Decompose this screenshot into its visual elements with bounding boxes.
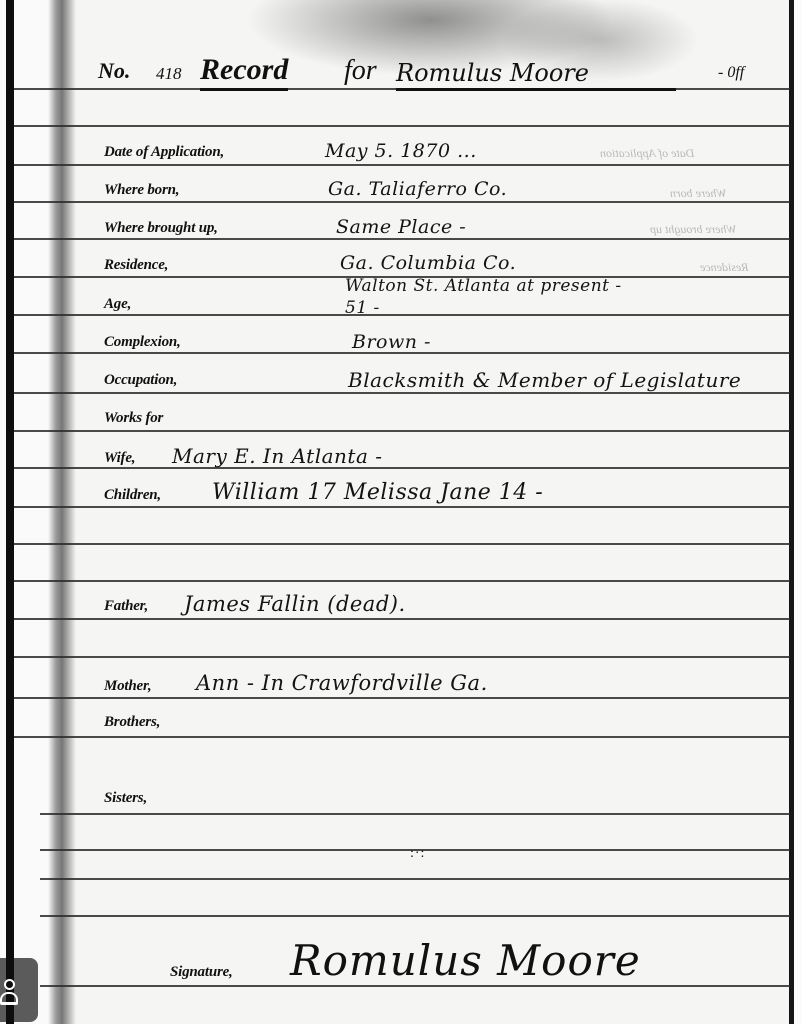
bleedthrough-text: Where born xyxy=(670,186,727,201)
record-number: 418 xyxy=(156,64,182,84)
rule-line xyxy=(14,736,790,738)
label-wife: Wife, xyxy=(104,450,135,467)
signature: Romulus Moore xyxy=(290,936,641,985)
rule-line xyxy=(14,580,790,582)
label-signature: Signature, xyxy=(170,964,233,981)
rule-line xyxy=(14,656,790,658)
rule-line xyxy=(40,915,790,917)
label-occupation: Occupation, xyxy=(104,372,177,389)
ink-marks: :·: xyxy=(410,846,425,862)
rule-line xyxy=(14,125,790,127)
value-occupation: Blacksmith & Member of Legislature xyxy=(348,368,741,392)
person-profile-button[interactable] xyxy=(0,958,38,1022)
label-where-born: Where born, xyxy=(104,182,179,199)
person-icon-body xyxy=(0,992,18,1005)
rule-line xyxy=(14,697,790,699)
value-complexion: Brown - xyxy=(352,331,431,353)
rule-line xyxy=(14,314,790,316)
label-brothers: Brothers, xyxy=(104,714,160,731)
rule-line xyxy=(14,164,790,166)
label-date-of-application: Date of Application, xyxy=(104,144,224,161)
value-residence: Ga. Columbia Co. xyxy=(340,252,516,274)
right-margin xyxy=(794,0,802,1024)
rule-line xyxy=(14,467,790,469)
bleedthrough-text: Residence xyxy=(700,260,749,275)
value-date-of-application: May 5. 1870 ... xyxy=(325,140,477,162)
rule-line xyxy=(40,813,790,815)
label-residence: Residence, xyxy=(104,257,168,274)
label-sisters: Sisters, xyxy=(104,790,147,807)
value-wife: Mary E. In Atlanta - xyxy=(172,444,382,468)
rule-line xyxy=(40,985,790,987)
rule-line xyxy=(40,878,790,880)
value-children: William 17 Melissa Jane 14 - xyxy=(212,480,543,505)
left-page-border xyxy=(6,958,14,1022)
rule-line xyxy=(14,543,790,545)
label-works-for: Works for xyxy=(104,410,163,427)
label-children: Children, xyxy=(104,487,161,504)
rule-line xyxy=(14,238,790,240)
rule-line xyxy=(14,201,790,203)
label-age: Age, xyxy=(104,296,131,313)
rule-line xyxy=(14,430,790,432)
value-where-born: Ga. Taliaferro Co. xyxy=(328,178,507,200)
record-holder-name: Romulus Moore xyxy=(396,58,676,91)
label-complexion: Complexion, xyxy=(104,334,181,351)
rule-line xyxy=(14,392,790,394)
rule-line xyxy=(14,506,790,508)
label-where-brought-up: Where brought up, xyxy=(104,220,218,237)
label-mother: Mother, xyxy=(104,678,151,695)
record-for-label: for xyxy=(344,55,377,87)
record-suffix: - 0ff xyxy=(718,64,744,82)
label-father: Father, xyxy=(104,598,148,615)
record-heading: Record xyxy=(200,52,288,91)
bleedthrough-text: Date of Application xyxy=(600,146,694,161)
record-no-label: No. xyxy=(98,58,130,84)
person-icon xyxy=(4,979,15,990)
left-page-border xyxy=(6,0,14,1024)
bleedthrough-text: Where brought up xyxy=(650,222,736,237)
rule-line xyxy=(14,618,790,620)
value-where-brought-up: Same Place - xyxy=(336,216,466,238)
value-age: 51 - xyxy=(345,298,380,318)
value-father: James Fallin (dead). xyxy=(184,592,406,616)
value-mother: Ann - In Crawfordville Ga. xyxy=(196,671,488,695)
value-residence-detail: Walton St. Atlanta at present - xyxy=(345,276,622,296)
